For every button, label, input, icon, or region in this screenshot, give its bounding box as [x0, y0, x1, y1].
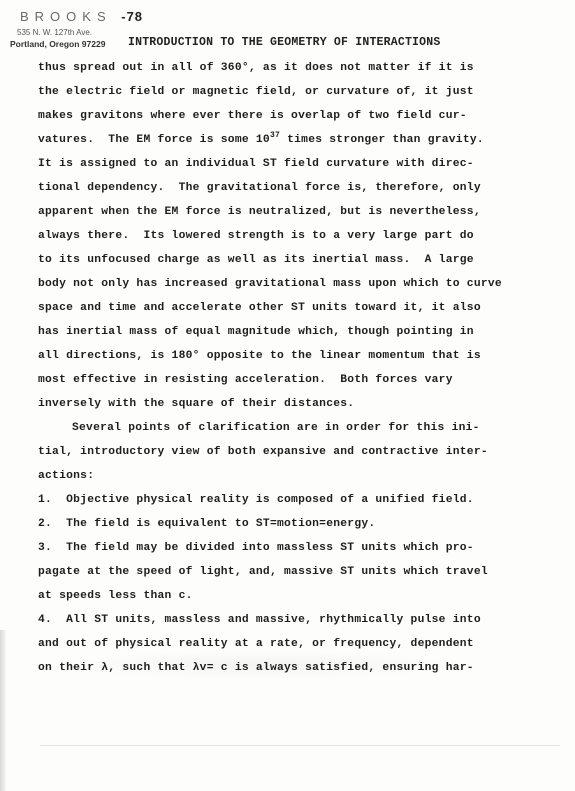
text-line: It is assigned to an individual ST field… [38, 152, 568, 176]
text-line: the electric field or magnetic field, or… [38, 80, 568, 104]
scan-edge-shadow [0, 630, 6, 791]
running-title: INTRODUCTION TO THE GEOMETRY OF INTERACT… [128, 36, 440, 49]
stamp-name: BROOKS -78 [20, 10, 143, 23]
text-line: on their λ, such that λv= c is always sa… [38, 656, 568, 680]
text-line: inversely with the square of their dista… [38, 392, 568, 416]
exponent: 37 [270, 131, 280, 140]
text-line: tial, introductory view of both expansiv… [38, 440, 568, 464]
text-line: at speeds less than c. [38, 584, 568, 608]
list-item: 3. The field may be divided into massles… [38, 536, 568, 608]
text-line: 1. Objective physical reality is compose… [38, 488, 568, 512]
text-line: Several points of clarification are in o… [38, 416, 568, 440]
body-text: thus spread out in all of 360°, as it do… [38, 56, 568, 680]
text-line: to its unfocused charge as well as its i… [38, 248, 568, 272]
text-line: 2. The field is equivalent to ST=motion=… [38, 512, 568, 536]
numbered-list: 1. Objective physical reality is compose… [38, 488, 568, 680]
text-line: pagate at the speed of light, and, massi… [38, 560, 568, 584]
list-item: 2. The field is equivalent to ST=motion=… [38, 512, 568, 536]
text-line: all directions, is 180° opposite to the … [38, 344, 568, 368]
list-item: 4. All ST units, massless and massive, r… [38, 608, 568, 680]
paper-fold-line [40, 745, 560, 746]
text-line: and out of physical reality at a rate, o… [38, 632, 568, 656]
stamp-street: 535 N. W. 127th Ave. [17, 29, 92, 37]
text-line: apparent when the EM force is neutralize… [38, 200, 568, 224]
stamp-name-text: BROOKS [20, 9, 112, 24]
text-line: space and time and accelerate other ST u… [38, 296, 568, 320]
text-line: thus spread out in all of 360°, as it do… [38, 56, 568, 80]
paragraph-1: thus spread out in all of 360°, as it do… [38, 56, 568, 416]
text-line: body not only has increased gravitationa… [38, 272, 568, 296]
text-line: 4. All ST units, massless and massive, r… [38, 608, 568, 632]
text-line: makes gravitons where ever there is over… [38, 104, 568, 128]
text-line: actions: [38, 464, 568, 488]
text-line: vatures. The EM force is some 1037 times… [38, 128, 568, 152]
document-page: BROOKS -78 535 N. W. 127th Ave. Portland… [0, 0, 575, 791]
text-line: 3. The field may be divided into massles… [38, 536, 568, 560]
stamp-city: Portland, Oregon 97229 [10, 40, 105, 49]
text-line: most effective in resisting acceleration… [38, 368, 568, 392]
paragraph-2: Several points of clarification are in o… [38, 416, 568, 488]
text-line: has inertial mass of equal magnitude whi… [38, 320, 568, 344]
stamp-number: -78 [121, 9, 143, 24]
text-line: always there. Its lowered strength is to… [38, 224, 568, 248]
list-item: 1. Objective physical reality is compose… [38, 488, 568, 512]
text-line: tional dependency. The gravitational for… [38, 176, 568, 200]
